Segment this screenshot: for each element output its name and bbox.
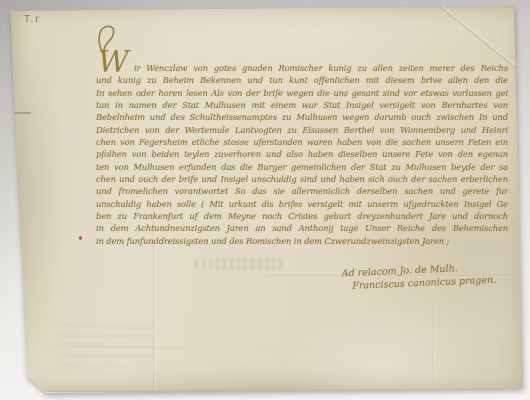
parchment: T.r W ir Wenczlaw von gotes gnaden Romis… <box>0 0 530 400</box>
charter-text-line: ben zu Frankenfurt uf dem Meyne noch Cri… <box>96 210 508 222</box>
charter-text-line: Bebelnheim und des Schultheissenamptes z… <box>96 111 508 123</box>
charter-text-line: und kunig zu Beheim Bekennen und tun kun… <box>96 74 508 86</box>
charter-text-line: pfolhen von beiden teylen zuverhoren und… <box>96 148 508 160</box>
charter-text-block: ir Wenczlaw von gotes gnaden Romischer k… <box>96 62 508 247</box>
charter-text-line: chen und ouch der brife und Insigel unsc… <box>96 173 508 185</box>
photo-background: T.r W ir Wenczlaw von gotes gnaden Romis… <box>0 0 530 400</box>
charter-text-line: unschuldig haben solle ( Mit urkunt dis … <box>96 198 508 210</box>
charter-text-line: chen von Fegersheim etliche stosse ufers… <box>96 136 508 148</box>
left-edge-notch <box>11 112 31 114</box>
charter-text-line: und fromelichen vorantwortet So das sie … <box>96 185 508 197</box>
charter-text-line: In sehen oder horen lesen Als von der br… <box>96 87 508 99</box>
charter-text-line: ir Wenczlaw von gotes gnaden Romischer k… <box>96 62 508 74</box>
red-ink-dot <box>79 236 82 240</box>
parchment-wrapper: T.r W ir Wenczlaw von gotes gnaden Romis… <box>0 0 530 400</box>
charter-text-line: in dem funfunddreissigsten und des Romis… <box>96 235 458 247</box>
verso-showthrough-lower <box>58 322 153 366</box>
verso-showthrough-upper <box>195 258 285 270</box>
charter-text-line: Dietrichen von der Wertemule Lantvogten … <box>96 124 508 136</box>
charter-text-line: tan in namen der Stat Mulhusen mit einem… <box>96 99 508 111</box>
charter-text-line: in dem Achtundneunzigsten Jaren an sand … <box>96 222 508 234</box>
fold-crease-vertical-right <box>432 298 434 386</box>
charter-text-line: ten von Mulhusen erfunden das die Burger… <box>96 161 508 173</box>
archival-shelfmark: T.r <box>24 14 41 25</box>
